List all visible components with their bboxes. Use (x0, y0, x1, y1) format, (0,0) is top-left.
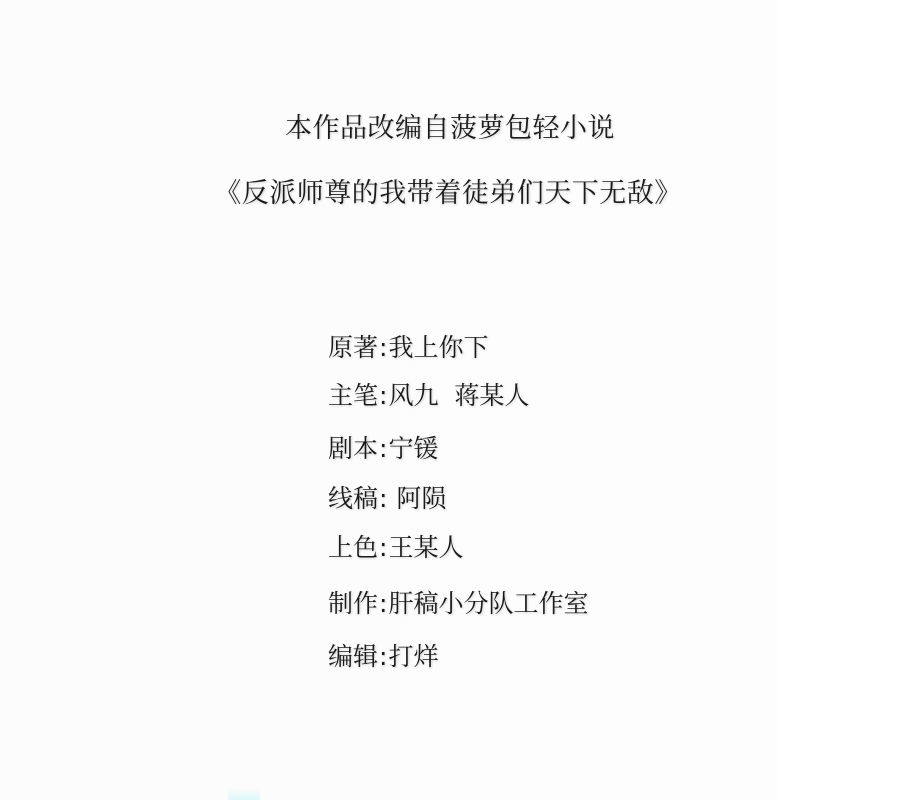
credit-separator: : (379, 533, 387, 562)
credit-role: 主笔 (328, 381, 378, 410)
credit-role: 编辑 (328, 642, 378, 671)
credit-separator: : (379, 333, 387, 362)
credit-role: 原著 (328, 333, 378, 362)
credit-name: 风九 蒋某人 (388, 381, 529, 410)
credit-name: 打烊 (388, 642, 438, 671)
credit-original-author: 原著:我上你下 (328, 332, 488, 364)
credit-name: 阿陨 (396, 484, 446, 513)
credit-name: 宁锾 (388, 434, 438, 463)
credit-role: 剧本 (328, 434, 378, 463)
credit-line-art: 线稿: 阿陨 (328, 483, 446, 515)
credits-page: 本作品改编自菠萝包轻小说 《反派师尊的我带着徒弟们天下无敌》 原著:我上你下 主… (0, 0, 900, 800)
credit-name: 王某人 (388, 533, 463, 562)
credit-role: 线稿 (328, 484, 378, 513)
credit-production: 制作:肝稿小分队工作室 (328, 588, 588, 620)
credit-role: 制作 (328, 589, 378, 618)
credit-script: 剧本:宁锾 (328, 433, 438, 465)
credit-separator: : (379, 484, 395, 513)
credit-editor: 编辑:打烊 (328, 641, 438, 673)
adaptation-notice: 本作品改编自菠萝包轻小说 (0, 112, 900, 146)
credit-separator: : (379, 589, 387, 618)
credit-role: 上色 (328, 533, 378, 562)
credit-coloring: 上色:王某人 (328, 532, 463, 564)
credit-name: 我上你下 (388, 333, 488, 362)
credit-separator: : (379, 642, 387, 671)
credit-separator: : (379, 434, 387, 463)
novel-title: 《反派师尊的我带着徒弟们天下无敌》 (0, 177, 898, 211)
credit-separator: : (379, 381, 387, 410)
compression-artifact (228, 788, 260, 800)
credit-lead-artist: 主笔:风九 蒋某人 (328, 380, 529, 412)
credit-name: 肝稿小分队工作室 (388, 589, 588, 618)
